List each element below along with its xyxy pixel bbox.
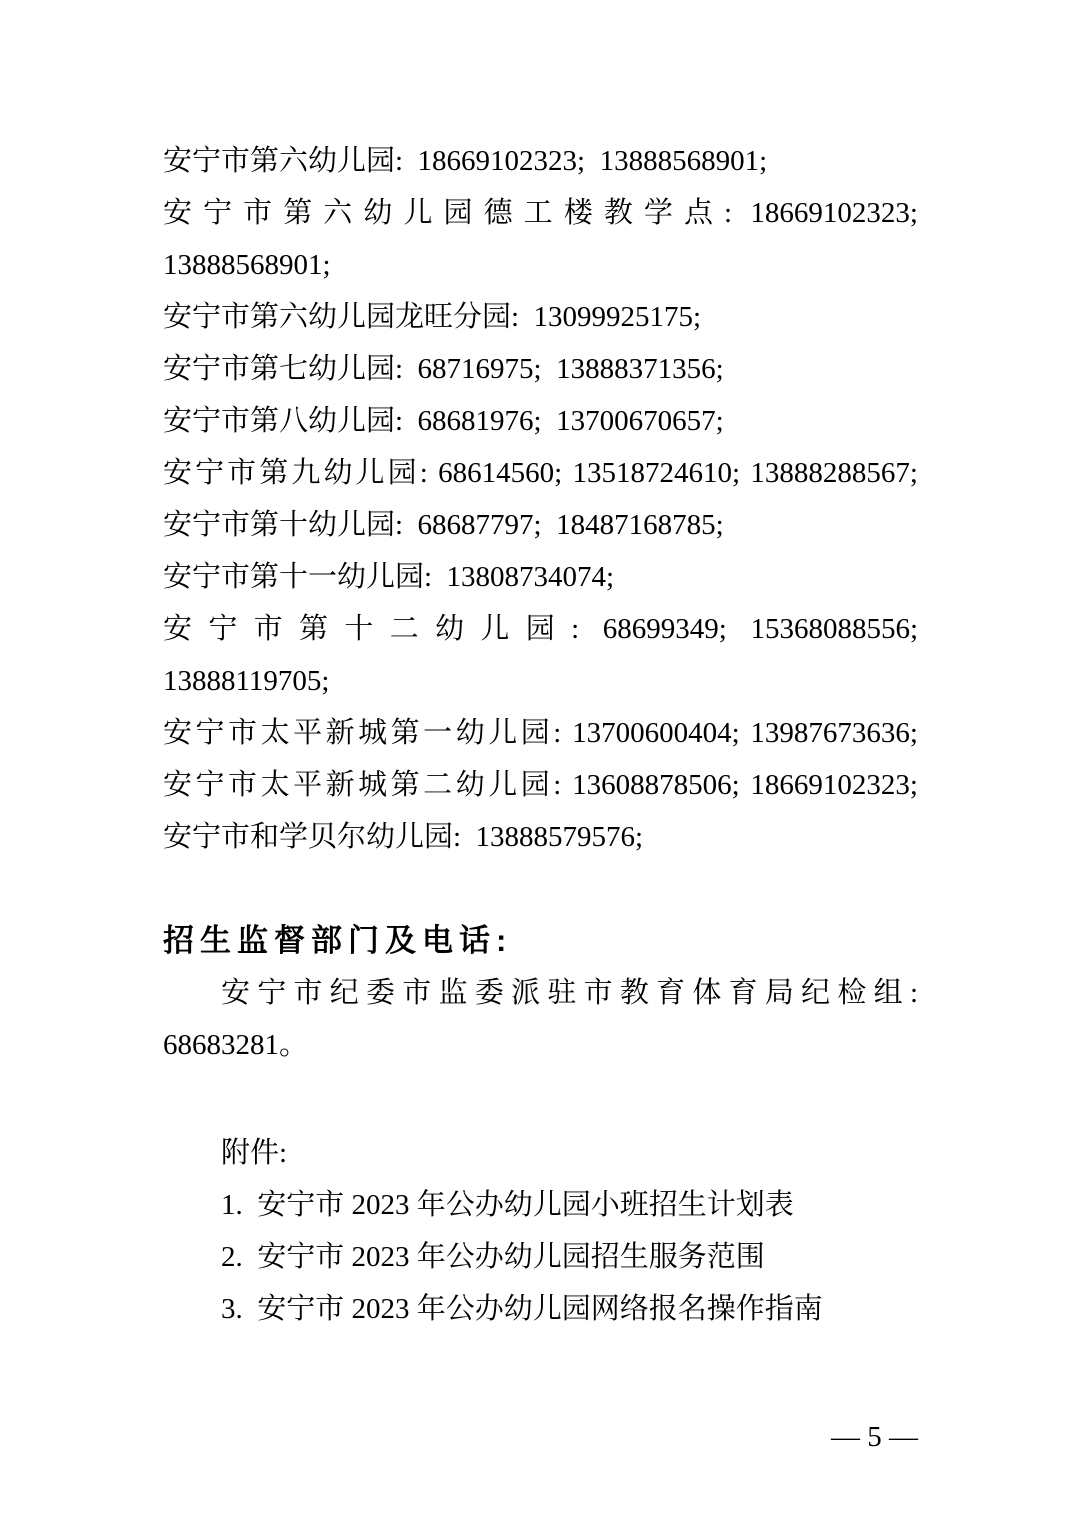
document-page: 安宁市第六幼儿园: 18669102323; 13888568901; 安宁市第… xyxy=(0,0,1080,1527)
attachment-item: 2. 安宁市 2023 年公办幼儿园招生服务范围 xyxy=(163,1231,918,1283)
attachments-label: 附件: xyxy=(163,1127,918,1179)
contact-line: 安宁市第十一幼儿园: 13808734074; xyxy=(163,551,918,603)
attachment-item: 3. 安宁市 2023 年公办幼儿园网络报名操作指南 xyxy=(163,1283,918,1335)
contact-line: 安宁市第六幼儿园龙旺分园: 13099925175; xyxy=(163,291,918,343)
contact-line: 安宁市第十二幼儿园: 68699349; 15368088556; xyxy=(163,603,918,655)
contact-line: 安宁市太平新城第一幼儿园: 13700600404; 13987673636; xyxy=(163,707,918,759)
contact-line: 安宁市第九幼儿园: 68614560; 13518724610; 1388828… xyxy=(163,447,918,499)
contact-line: 安宁市第六幼儿园德工楼教学点: 18669102323; xyxy=(163,187,918,239)
supervision-department-line: 安宁市纪委市监委派驻市教育体育局纪检组: xyxy=(163,967,918,1019)
supervision-phone-line: 68683281。 xyxy=(163,1019,918,1071)
document-body: 安宁市第六幼儿园: 18669102323; 13888568901; 安宁市第… xyxy=(163,135,918,1335)
contact-line: 安宁市第八幼儿园: 68681976; 13700670657; xyxy=(163,395,918,447)
contact-line: 安宁市第七幼儿园: 68716975; 13888371356; xyxy=(163,343,918,395)
attachment-item: 1. 安宁市 2023 年公办幼儿园小班招生计划表 xyxy=(163,1179,918,1231)
contact-line-continuation: 13888119705; xyxy=(163,655,918,707)
section-heading-supervision: 招生监督部门及电话: xyxy=(163,915,918,967)
contact-line: 安宁市第十幼儿园: 68687797; 18487168785; xyxy=(163,499,918,551)
page-number: — 5 — xyxy=(831,1411,918,1463)
contact-line-continuation: 13888568901; xyxy=(163,239,918,291)
contact-line: 安宁市太平新城第二幼儿园: 13608878506; 18669102323; xyxy=(163,759,918,811)
contact-line: 安宁市第六幼儿园: 18669102323; 13888568901; xyxy=(163,135,918,187)
contact-line: 安宁市和学贝尔幼儿园: 13888579576; xyxy=(163,811,918,863)
